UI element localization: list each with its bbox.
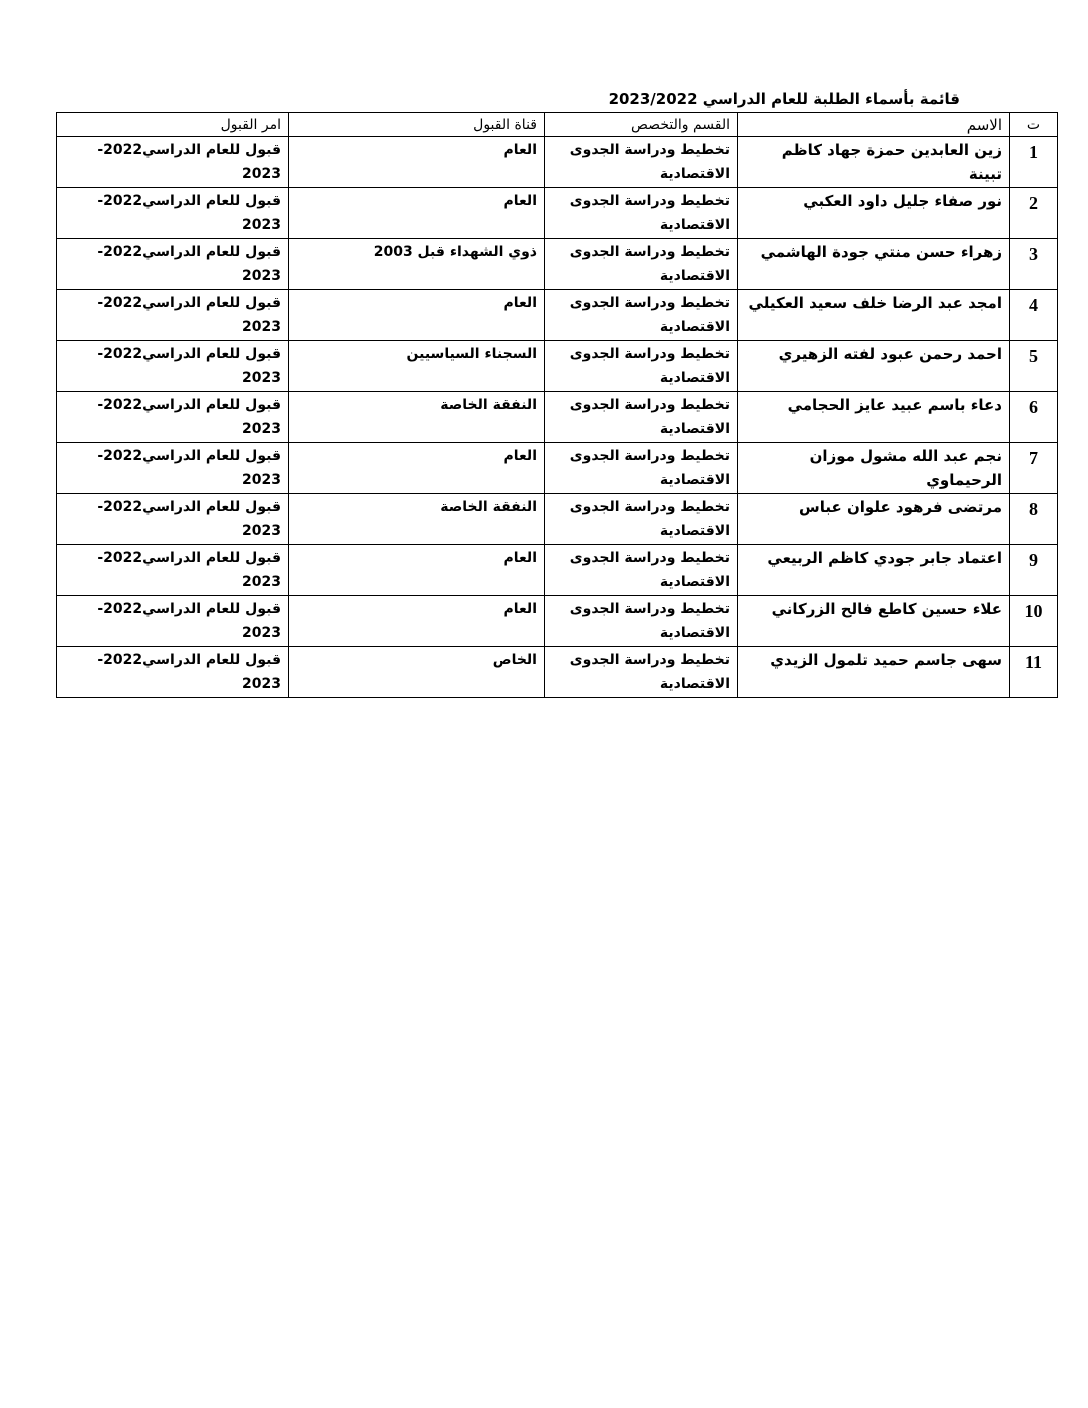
cell-dept: تخطيط ودراسة الجدوى الاقتصادية: [545, 545, 738, 596]
cell-num: 5: [1010, 341, 1058, 392]
cell-channel: العام: [289, 443, 545, 494]
cell-order: قبول للعام الدراسي2022- 2023: [57, 188, 289, 239]
cell-name: زين العابدين حمزة جهاد كاظم تبينة: [738, 137, 1010, 188]
table-row: 5احمد رحمن عبود لفته الزهيريتخطيط ودراسة…: [57, 341, 1058, 392]
cell-num: 7: [1010, 443, 1058, 494]
cell-dept: تخطيط ودراسة الجدوى الاقتصادية: [545, 188, 738, 239]
cell-channel: النفقة الخاصة: [289, 392, 545, 443]
table-row: 10علاء حسين كاطع فالح الزركانيتخطيط ودرا…: [57, 596, 1058, 647]
cell-channel: ذوي الشهداء قبل 2003: [289, 239, 545, 290]
cell-order: قبول للعام الدراسي2022- 2023: [57, 647, 289, 698]
cell-channel: العام: [289, 188, 545, 239]
cell-order: قبول للعام الدراسي2022- 2023: [57, 341, 289, 392]
cell-order: قبول للعام الدراسي2022- 2023: [57, 443, 289, 494]
cell-dept: تخطيط ودراسة الجدوى الاقتصادية: [545, 392, 738, 443]
cell-order: قبول للعام الدراسي2022- 2023: [57, 239, 289, 290]
cell-order: قبول للعام الدراسي2022- 2023: [57, 137, 289, 188]
document-title: قائمة بأسماء الطلبة للعام الدراسي 2023/2…: [560, 90, 960, 108]
cell-order: قبول للعام الدراسي2022- 2023: [57, 494, 289, 545]
cell-dept: تخطيط ودراسة الجدوى الاقتصادية: [545, 290, 738, 341]
cell-num: 9: [1010, 545, 1058, 596]
table-row: 7نجم عبد الله مشول موزان الرحيماويتخطيط …: [57, 443, 1058, 494]
cell-dept: تخطيط ودراسة الجدوى الاقتصادية: [545, 137, 738, 188]
cell-num: 10: [1010, 596, 1058, 647]
table-row: 8مرتضى فرهود علوان عباستخطيط ودراسة الجد…: [57, 494, 1058, 545]
cell-order: قبول للعام الدراسي2022- 2023: [57, 290, 289, 341]
cell-name: اعتماد جابر جودي كاظم الربيعي: [738, 545, 1010, 596]
cell-dept: تخطيط ودراسة الجدوى الاقتصادية: [545, 494, 738, 545]
cell-num: 3: [1010, 239, 1058, 290]
cell-channel: السجناء السياسيين: [289, 341, 545, 392]
cell-channel: العام: [289, 545, 545, 596]
table-row: 2نور صفاء جليل داود العكبيتخطيط ودراسة ا…: [57, 188, 1058, 239]
cell-num: 2: [1010, 188, 1058, 239]
table-row: 6دعاء باسم عبيد عايز الحجاميتخطيط ودراسة…: [57, 392, 1058, 443]
cell-num: 11: [1010, 647, 1058, 698]
students-table: ت الاسم القسم والتخصص قناة القبول امر ال…: [56, 112, 1058, 698]
cell-order: قبول للعام الدراسي2022- 2023: [57, 596, 289, 647]
header-name: الاسم: [738, 113, 1010, 137]
cell-dept: تخطيط ودراسة الجدوى الاقتصادية: [545, 647, 738, 698]
cell-num: 8: [1010, 494, 1058, 545]
cell-num: 4: [1010, 290, 1058, 341]
cell-channel: الخاص: [289, 647, 545, 698]
header-order: امر القبول: [57, 113, 289, 137]
table-row: 9اعتماد جابر جودي كاظم الربيعيتخطيط ودرا…: [57, 545, 1058, 596]
cell-dept: تخطيط ودراسة الجدوى الاقتصادية: [545, 239, 738, 290]
cell-name: نور صفاء جليل داود العكبي: [738, 188, 1010, 239]
table-row: 4امجد عبد الرضا خلف سعيد العكيليتخطيط ود…: [57, 290, 1058, 341]
cell-num: 6: [1010, 392, 1058, 443]
cell-name: مرتضى فرهود علوان عباس: [738, 494, 1010, 545]
cell-channel: العام: [289, 290, 545, 341]
cell-order: قبول للعام الدراسي2022- 2023: [57, 545, 289, 596]
cell-name: سهى جاسم حميد تلمول الزيدي: [738, 647, 1010, 698]
cell-num: 1: [1010, 137, 1058, 188]
cell-name: زهراء حسن منتي جودة الهاشمي: [738, 239, 1010, 290]
cell-name: علاء حسين كاطع فالح الزركاني: [738, 596, 1010, 647]
cell-dept: تخطيط ودراسة الجدوى الاقتصادية: [545, 596, 738, 647]
cell-channel: العام: [289, 596, 545, 647]
cell-dept: تخطيط ودراسة الجدوى الاقتصادية: [545, 341, 738, 392]
header-dept: القسم والتخصص: [545, 113, 738, 137]
cell-name: احمد رحمن عبود لفته الزهيري: [738, 341, 1010, 392]
cell-name: دعاء باسم عبيد عايز الحجامي: [738, 392, 1010, 443]
table-row: 1زين العابدين حمزة جهاد كاظم تبينةتخطيط …: [57, 137, 1058, 188]
cell-channel: العام: [289, 137, 545, 188]
header-num: ت: [1010, 113, 1058, 137]
cell-name: نجم عبد الله مشول موزان الرحيماوي: [738, 443, 1010, 494]
table-header-row: ت الاسم القسم والتخصص قناة القبول امر ال…: [57, 113, 1058, 137]
table-row: 11سهى جاسم حميد تلمول الزيديتخطيط ودراسة…: [57, 647, 1058, 698]
cell-order: قبول للعام الدراسي2022- 2023: [57, 392, 289, 443]
cell-channel: النفقة الخاصة: [289, 494, 545, 545]
header-channel: قناة القبول: [289, 113, 545, 137]
table-row: 3زهراء حسن منتي جودة الهاشميتخطيط ودراسة…: [57, 239, 1058, 290]
cell-dept: تخطيط ودراسة الجدوى الاقتصادية: [545, 443, 738, 494]
cell-name: امجد عبد الرضا خلف سعيد العكيلي: [738, 290, 1010, 341]
